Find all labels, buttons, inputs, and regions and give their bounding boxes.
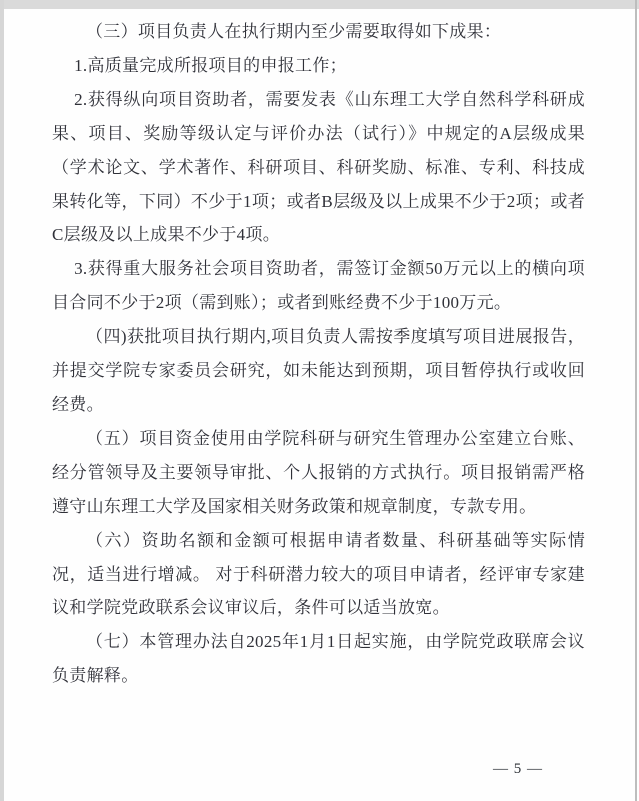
page-right-edge <box>635 0 637 801</box>
paragraph-item-3-heading: （三）项目负责人在执行期内至少需要取得如下成果： <box>52 15 585 49</box>
page-number: — 5 — <box>466 761 570 778</box>
paragraph-item-5: （五）项目资金使用由学院科研与研究生管理办公室建立台账、经分管领导及主要领导审批… <box>52 422 585 524</box>
paragraph-point-2: 2.获得纵向项目资助者，需要发表《山东理工大学自然科学科研成果、项目、奖励等级认… <box>52 83 585 253</box>
paragraph-point-1: 1.高质量完成所报项目的申报工作； <box>52 49 585 83</box>
page-top-edge <box>0 0 639 9</box>
paragraph-item-7: （七）本管理办法自2025年1月1日起实施，由学院党政联席会议负责解释。 <box>52 625 585 693</box>
document-body: （三）项目负责人在执行期内至少需要取得如下成果： 1.高质量完成所报项目的申报工… <box>52 15 585 693</box>
paragraph-point-3: 3.获得重大服务社会项目资助者，需签订金额50万元以上的横向项目合同不少于2项（… <box>52 252 585 320</box>
paragraph-item-6: （六）资助名额和金额可根据申请者数量、科研基础等实际情况，适当进行增减。 对于科… <box>52 524 585 626</box>
document-page: （三）项目负责人在执行期内至少需要取得如下成果： 1.高质量完成所报项目的申报工… <box>0 0 639 801</box>
page-left-edge <box>0 0 4 801</box>
paragraph-item-4: （四)获批项目执行期内,项目负责人需按季度填写项目进展报告，并提交学院专家委员会… <box>52 320 585 422</box>
